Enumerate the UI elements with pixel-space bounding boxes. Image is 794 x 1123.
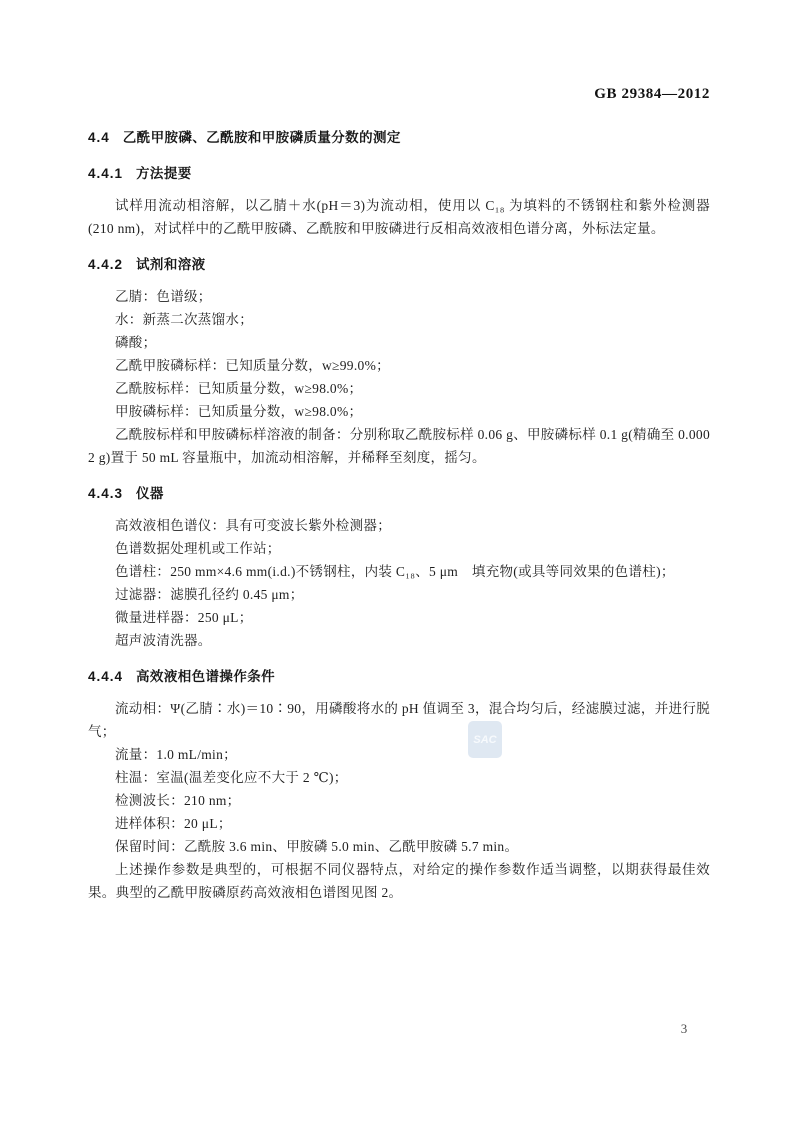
instrument-line-column: 色谱柱：250 mm×4.6 mm(i.d.)不锈钢柱，内装 C₁₈、5 μm … (88, 560, 710, 583)
reagent-line-water: 水：新蒸二次蒸馏水； (88, 308, 710, 331)
reagent-line-acephate-standard: 乙酰甲胺磷标样：已知质量分数，w≥99.0%； (88, 354, 710, 377)
clause-number: 4.4.3 (88, 486, 123, 501)
section-title: 乙酰甲胺磷、乙酰胺和甲胺磷质量分数的测定 (123, 130, 401, 145)
page-number: 3 (672, 1021, 696, 1037)
reagent-line-methamidophos-standard: 甲胺磷标样：已知质量分数，w≥98.0%； (88, 400, 710, 423)
condition-line-injection-volume: 进样体积：20 μL； (88, 812, 710, 835)
condition-line-detection-wavelength: 检测波长：210 nm； (88, 789, 710, 812)
instrument-line-microsyringe: 微量进样器：250 μL； (88, 606, 710, 629)
clause-heading-4-4-3: 4.4.3仪器 (88, 482, 710, 505)
clause-number: 4.4.2 (88, 257, 123, 272)
reagent-line-acetamide-standard: 乙酰胺标样：已知质量分数，w≥98.0%； (88, 377, 710, 400)
section-number: 4.4 (88, 130, 110, 145)
condition-line-retention-times: 保留时间：乙酰胺 3.6 min、甲胺磷 5.0 min、乙酰甲胺磷 5.7 m… (88, 835, 710, 858)
clause-title: 高效液相色谱操作条件 (136, 669, 275, 684)
instrument-line-filter: 过滤器：滤膜孔径约 0.45 μm； (88, 583, 710, 606)
condition-line-mobile-phase: 流动相：Ψ(乙腈∶水)＝10∶90，用磷酸将水的 pH 值调至 3，混合均匀后，… (88, 697, 710, 743)
condition-line-flow-rate: 流量：1.0 mL/min； (88, 743, 710, 766)
reagent-line-acetonitrile: 乙腈：色谱级； (88, 285, 710, 308)
standard-code: GB 29384—2012 (594, 86, 710, 102)
instrument-line-hplc: 高效液相色谱仪：具有可变波长紫外检测器； (88, 514, 710, 537)
clause-title: 仪器 (136, 486, 164, 501)
instrument-line-data-processor: 色谱数据处理机或工作站； (88, 537, 710, 560)
clause-title: 方法提要 (136, 166, 192, 181)
page-header: GB 29384—2012 (88, 86, 710, 103)
clause-title: 试剂和溶液 (136, 257, 206, 272)
clause-number: 4.4.4 (88, 669, 123, 684)
condition-line-column-temperature: 柱温：室温(温差变化应不大于 2 ℃)； (88, 766, 710, 789)
clause-4-4-1-paragraph: 试样用流动相溶解，以乙腈＋水(pH＝3)为流动相，使用以 C₁₈ 为填料的不锈钢… (88, 194, 710, 240)
standard-solution-preparation-paragraph: 乙酰胺标样和甲胺磷标样溶液的制备：分别称取乙酰胺标样 0.06 g、甲胺磷标样 … (88, 423, 710, 469)
sac-watermark-text: SAC (473, 734, 496, 746)
document-page: GB 29384—2012 4.4乙酰甲胺磷、乙酰胺和甲胺磷质量分数的测定 4.… (0, 0, 794, 1123)
clause-heading-4-4-4: 4.4.4高效液相色谱操作条件 (88, 665, 710, 688)
instrument-line-ultrasonic-cleaner: 超声波清洗器。 (88, 629, 710, 652)
closing-note-paragraph: 上述操作参数是典型的，可根据不同仪器特点，对给定的操作参数作适当调整，以期获得最… (88, 858, 710, 904)
clause-number: 4.4.1 (88, 166, 123, 181)
reagent-line-phosphoric-acid: 磷酸； (88, 331, 710, 354)
sac-watermark: SAC (468, 721, 502, 758)
clause-heading-4-4-1: 4.4.1方法提要 (88, 162, 710, 185)
section-heading-4-4: 4.4乙酰甲胺磷、乙酰胺和甲胺磷质量分数的测定 (88, 126, 710, 149)
clause-heading-4-4-2: 4.4.2试剂和溶液 (88, 253, 710, 276)
page-content: 4.4乙酰甲胺磷、乙酰胺和甲胺磷质量分数的测定 4.4.1方法提要 试样用流动相… (88, 126, 710, 904)
